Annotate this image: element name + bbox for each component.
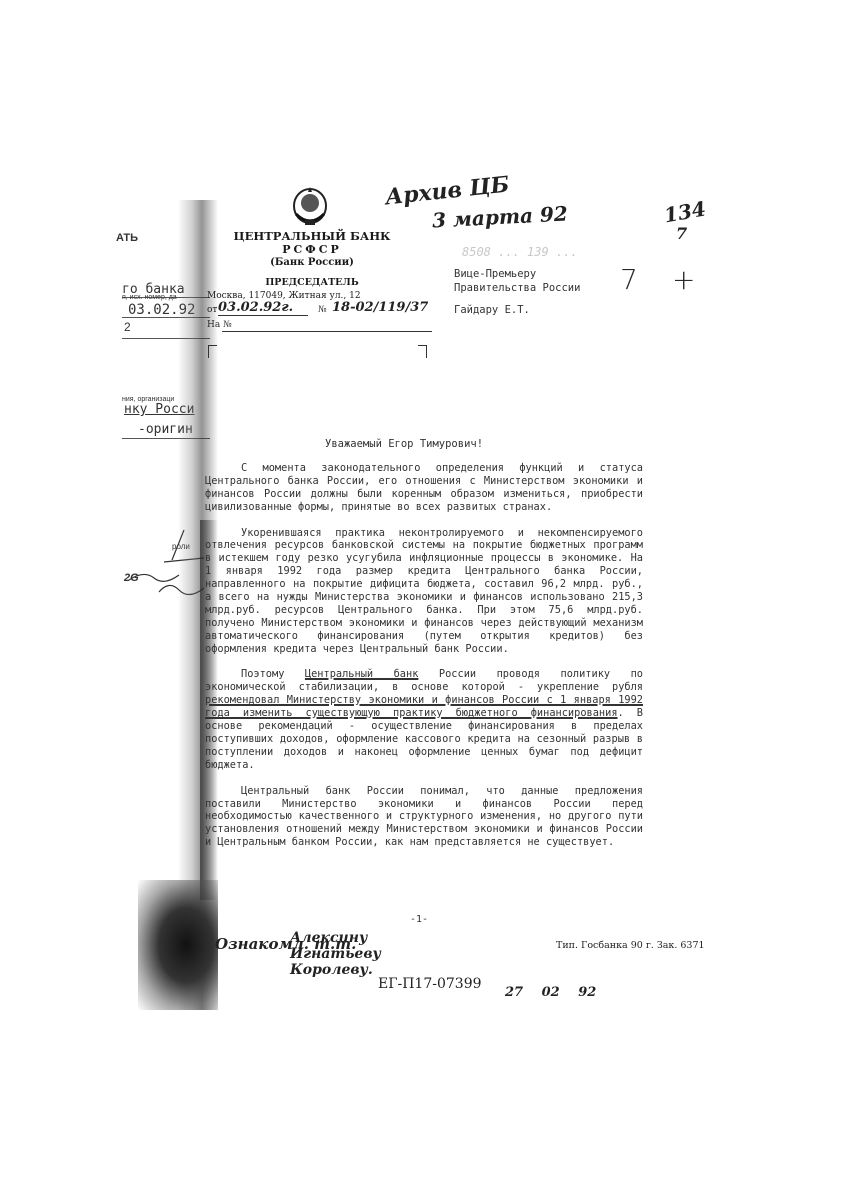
- archive-date: 3 марта 92: [431, 201, 568, 232]
- bank-alt-name: (Банк России): [207, 257, 417, 268]
- reply-line: [222, 331, 432, 332]
- address-corner-mark: [418, 345, 427, 358]
- document-number: ЕГ-П17-07399: [378, 976, 482, 992]
- addressee-name: Гайдару Е.Т.: [454, 304, 530, 316]
- underlined-text: рекомендовал Министерству экономики и фи…: [205, 694, 643, 719]
- paragraph: Поэтому Центральный банк России проводя …: [205, 668, 643, 771]
- handwritten-name: Игнатьеву: [290, 946, 381, 962]
- addressee-line2: Правительства России: [454, 281, 580, 295]
- fragment-text: я, исх. номер, да: [122, 294, 177, 301]
- paragraph: С момента законодательного определения ф…: [205, 462, 643, 514]
- reply-label: На №: [207, 320, 232, 330]
- from-label: от: [207, 305, 217, 315]
- letter-body: С момента законодательного определения ф…: [205, 462, 643, 862]
- rsfsr-emblem-icon: [290, 186, 330, 228]
- republic-name: РСФСР: [207, 243, 417, 256]
- page-number: -1-: [410, 914, 428, 925]
- letter-date: 03.02.92г.: [218, 300, 308, 316]
- fragment-text: АТЬ: [116, 232, 138, 244]
- handwritten-names: Алексину Игнатьеву Королеву.: [290, 930, 381, 978]
- sheet-number: 134: [662, 197, 707, 228]
- position-title: ПРЕДСЕДАТЕЛЬ: [207, 277, 417, 288]
- handwritten-name: Алексину: [290, 930, 381, 946]
- bank-name: ЦЕНТРАЛЬНЫЙ БАНК: [207, 229, 417, 243]
- handwritten-name: Королеву.: [290, 962, 381, 978]
- letter-number: 18-02/119/37: [332, 300, 428, 315]
- mark-seven: 7: [620, 263, 638, 296]
- paragraph: Центральный банк России понимал, что дан…: [205, 785, 643, 850]
- addressee-title: Вице-Премьеру Правительства России: [454, 267, 580, 295]
- paragraph: Укоренившаяся практика неконтролируемого…: [205, 527, 643, 656]
- text-run: Поэтому: [241, 668, 305, 680]
- document-date: 27 02 92: [505, 985, 596, 1000]
- faint-stamp: 8508 ... 139 ...: [462, 245, 578, 259]
- underlined-text: Центральный банк: [305, 668, 419, 680]
- scan-shadow: [138, 880, 218, 1010]
- sheet-mark: 7: [676, 224, 687, 243]
- mark-plus: +: [672, 263, 695, 296]
- fragment-text: 2: [124, 320, 131, 334]
- print-info: Тип. Госбанка 90 г. Зак. 6371: [556, 940, 705, 951]
- salutation: Уважаемый Егор Тимурович!: [325, 438, 483, 450]
- address-corner-mark: [208, 345, 217, 358]
- addressee-line1: Вице-Премьеру: [454, 267, 580, 281]
- number-label: №: [318, 305, 327, 315]
